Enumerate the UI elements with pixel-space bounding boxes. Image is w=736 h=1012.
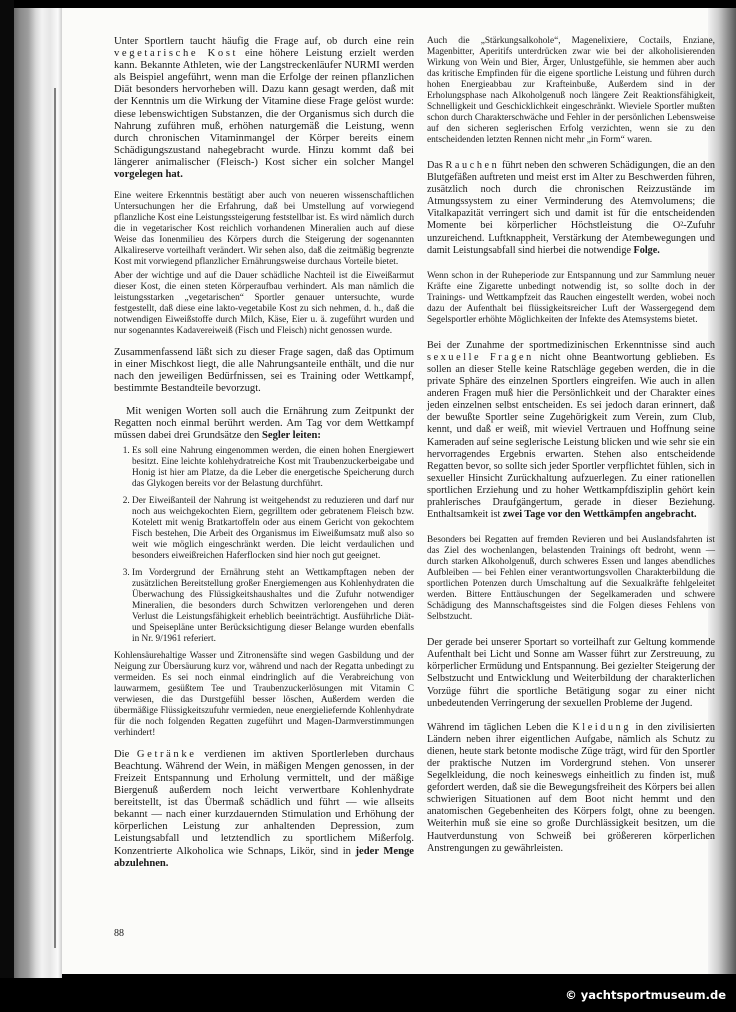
bold-text: zwei Tage vor den Wettkämpfen angebracht… <box>503 509 697 520</box>
paragraph-smoking: Das Rauchen führt neben den schweren Sch… <box>427 160 715 257</box>
paragraph-regatta-nutrition: Mit wenigen Worten soll auch die Ernähru… <box>114 406 414 442</box>
text: Die <box>114 749 137 760</box>
page-number: 88 <box>114 928 124 939</box>
list-item: Im Vordergrund der Ernährung steht an We… <box>132 568 414 645</box>
spaced-term: Getränke <box>137 749 197 760</box>
paragraph-foreign-regattas: Besonders bei Regatten auf fremden Revie… <box>427 535 715 623</box>
spaced-term: Rauchen <box>446 160 500 171</box>
bold-text: Segler leiten: <box>262 430 321 441</box>
paragraph-summary: Zusammenfassend läßt sich zu dieser Frag… <box>114 347 414 395</box>
left-column: Unter Sportlern taucht häufig die Frage … <box>114 36 414 880</box>
text: Während im täglichen Leben die <box>427 722 572 733</box>
spaced-term: vegetarische Kost <box>114 48 238 59</box>
text: verdienen im aktiven Sportlerleben durch… <box>114 749 414 857</box>
page-edges <box>14 8 62 978</box>
right-column: Auch die „Stärkungsalkohole“, Magenelixi… <box>427 36 715 865</box>
paragraph-plant-diet: Eine weitere Erkenntnis bestätigt aber a… <box>114 191 414 268</box>
paragraph-drinks-note: Kohlensäurehaltige Wasser und Zitronensä… <box>114 651 414 739</box>
bold-text: vorgelegen hat. <box>114 169 183 180</box>
list-item: Der Eiweißanteil der Nahrung ist weitgeh… <box>132 496 414 562</box>
small-print-block: Eine weitere Erkenntnis bestätigt aber a… <box>114 191 414 337</box>
paragraph-strengthening-alcohols: Auch die „Stärkungsalkohole“, Magenelixi… <box>427 36 715 146</box>
paragraph-sexual-questions: Bei der Zunahme der sportmedizinischen E… <box>427 340 715 521</box>
spaced-term: sexuelle Fragen <box>427 352 534 363</box>
paragraph-sun-and-water: Der gerade bei unserer Sportart so vorte… <box>427 637 715 710</box>
copyright-watermark: © yachtsportmuseum.de <box>565 988 726 1002</box>
paragraph-vegetarian-diet: Unter Sportlern taucht häufig die Frage … <box>114 36 414 181</box>
text: eine höhere Leistung erzielt werden kann… <box>114 48 414 168</box>
gutter-line <box>54 88 56 948</box>
text: in den zivilisierten Ländern neben ihrer… <box>427 722 715 854</box>
paragraph-clothing: Während im täglichen Leben die Kleidung … <box>427 722 715 855</box>
spaced-term: Kleidung <box>572 722 631 733</box>
text: Bei der Zunahme der sportmedizinischen E… <box>427 340 715 351</box>
list-item: Es soll eine Nahrung eingenommen werden,… <box>132 446 414 490</box>
bold-text: Folge. <box>634 245 660 256</box>
text: nicht ohne Beantwortung geblieben. Es so… <box>427 352 715 520</box>
text: Das <box>427 160 446 171</box>
paragraph-cigarette: Wenn schon in der Ruheperiode zur Entspa… <box>427 271 715 326</box>
text: führt neben den schweren Schädigungen, d… <box>427 160 715 256</box>
paragraph-protein-deficit: Aber der wichtige und auf die Dauer schä… <box>114 271 414 337</box>
paragraph-beverages: Die Getränke verdienen im aktiven Sportl… <box>114 749 414 870</box>
text: Unter Sportlern taucht häufig die Frage … <box>114 36 414 47</box>
book-spine <box>0 0 14 985</box>
principles-list: Es soll eine Nahrung eingenommen werden,… <box>114 446 414 645</box>
